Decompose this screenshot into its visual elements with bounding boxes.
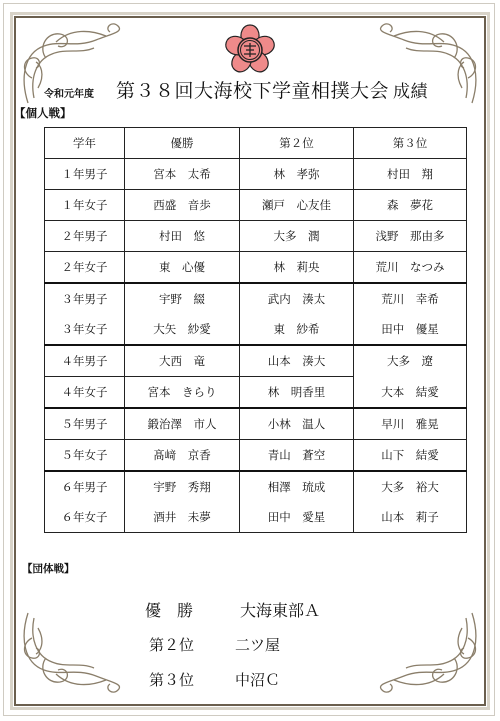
table-row: ６年男子 宇野 秀翔 相澤 琉成 大多 裕大 (45, 471, 467, 502)
third-place-cell: 浅野 那由多 (354, 221, 467, 252)
corner-ornament-bottom-right-icon (374, 608, 484, 698)
team-rank-label: 優 勝 (145, 598, 193, 621)
first-place-cell: 東 心優 (125, 252, 240, 284)
tournament-title: 第３８回大海校下学童相撲大会 (116, 80, 389, 102)
third-place-cell: 荒川 なつみ (354, 252, 467, 284)
third-place-cell: 早川 雅晃 (354, 408, 467, 440)
grade-cell: ５年男子 (45, 408, 125, 440)
individual-section-label: 【個人戦】 (14, 105, 72, 121)
table-header-row: 学年 優勝 第２位 第３位 (45, 128, 467, 159)
column-header-third: 第３位 (354, 128, 467, 159)
second-place-cell: 東 紗希 (240, 314, 354, 345)
era-label: 令和元年度 (44, 85, 94, 100)
first-place-cell: 村田 悠 (125, 221, 240, 252)
grade-cell: １年男子 (45, 159, 125, 190)
grade-cell: ６年男子 (45, 471, 125, 502)
table-row: ５年男子 鍛治澤 市人 小林 温人 早川 雅晃 (45, 408, 467, 440)
second-place-cell: 林 孝弥 (240, 159, 354, 190)
table-row: ３年男子 宇野 綴 武内 湊太 荒川 幸希 (45, 283, 467, 314)
grade-cell: ２年女子 (45, 252, 125, 284)
first-place-cell: 酒井 未夢 (125, 502, 240, 533)
first-place-cell: 大西 竜 (125, 345, 240, 377)
second-place-cell: 山本 湊大 (240, 345, 354, 377)
document-title: 令和元年度 第３８回大海校下学童相撲大会成績 (22, 76, 462, 106)
third-place-cell: 森 夢花 (354, 190, 467, 221)
grade-cell: ３年男子 (45, 283, 125, 314)
table-row: ２年女子 東 心優 林 莉央 荒川 なつみ (45, 252, 467, 284)
table-row: ２年男子 村田 悠 大多 潤 浅野 那由多 (45, 221, 467, 252)
table-row: ５年女子 髙﨑 京香 青山 蒼空 山下 結愛 (45, 440, 467, 472)
grade-cell: ６年女子 (45, 502, 125, 533)
third-place-cell: 山本 莉子 (354, 502, 467, 533)
second-place-cell: 大多 潤 (240, 221, 354, 252)
grade-cell: ４年女子 (45, 377, 125, 409)
table-row: １年女子 西盛 音歩 瀬戸 心友佳 森 夢花 (45, 190, 467, 221)
table-row: ４年女子 宮本 きらり 林 明香里 大本 結愛 (45, 377, 467, 409)
team-rank-label: 第２位 (149, 634, 194, 655)
second-place-cell: 青山 蒼空 (240, 440, 354, 472)
first-place-cell: 宇野 秀翔 (125, 471, 240, 502)
second-place-cell: 林 明香里 (240, 377, 354, 409)
grade-cell: ５年女子 (45, 440, 125, 472)
column-header-second: 第２位 (240, 128, 354, 159)
first-place-cell: 宮本 きらり (125, 377, 240, 409)
table-row: ６年女子 酒井 未夢 田中 愛星 山本 莉子 (45, 502, 467, 533)
second-place-cell: 瀬戸 心友佳 (240, 190, 354, 221)
third-place-cell: 村田 翔 (354, 159, 467, 190)
title-suffix: 成績 (393, 82, 428, 102)
column-header-first: 優勝 (125, 128, 240, 159)
grade-cell: １年女子 (45, 190, 125, 221)
first-place-cell: 西盛 音歩 (125, 190, 240, 221)
second-place-cell: 小林 温人 (240, 408, 354, 440)
team-name: 中沼Ｃ (235, 669, 280, 690)
grade-cell: ４年男子 (45, 345, 125, 377)
individual-results-table: 学年 優勝 第２位 第３位 １年男子 宮本 太希 林 孝弥 村田 翔 １年女子 … (44, 127, 467, 533)
second-place-cell: 相澤 琉成 (240, 471, 354, 502)
third-place-cell: 大多 遼 (354, 345, 467, 377)
school-emblem-icon (223, 22, 277, 76)
table-row: １年男子 宮本 太希 林 孝弥 村田 翔 (45, 159, 467, 190)
first-place-cell: 宇野 綴 (125, 283, 240, 314)
first-place-cell: 大矢 紗愛 (125, 314, 240, 345)
first-place-cell: 髙﨑 京香 (125, 440, 240, 472)
third-place-cell: 山下 結愛 (354, 440, 467, 472)
third-place-cell: 荒川 幸希 (354, 283, 467, 314)
grade-cell: ３年女子 (45, 314, 125, 345)
table-row: ３年女子 大矢 紗愛 東 紗希 田中 優星 (45, 314, 467, 345)
team-name: 二ツ屋 (235, 634, 280, 655)
first-place-cell: 鍛治澤 市人 (125, 408, 240, 440)
corner-ornament-bottom-left-icon (16, 608, 126, 698)
team-name: 大海東部Ａ (240, 598, 320, 621)
column-header-grade: 学年 (45, 128, 125, 159)
first-place-cell: 宮本 太希 (125, 159, 240, 190)
team-section-label: 【団体戦】 (22, 561, 75, 576)
third-place-cell: 大本 結愛 (354, 377, 467, 409)
team-rank-label: 第３位 (149, 669, 194, 690)
second-place-cell: 林 莉央 (240, 252, 354, 284)
second-place-cell: 武内 湊太 (240, 283, 354, 314)
third-place-cell: 大多 裕大 (354, 471, 467, 502)
table-row: ４年男子 大西 竜 山本 湊大 大多 遼 (45, 345, 467, 377)
third-place-cell: 田中 優星 (354, 314, 467, 345)
grade-cell: ２年男子 (45, 221, 125, 252)
second-place-cell: 田中 愛星 (240, 502, 354, 533)
